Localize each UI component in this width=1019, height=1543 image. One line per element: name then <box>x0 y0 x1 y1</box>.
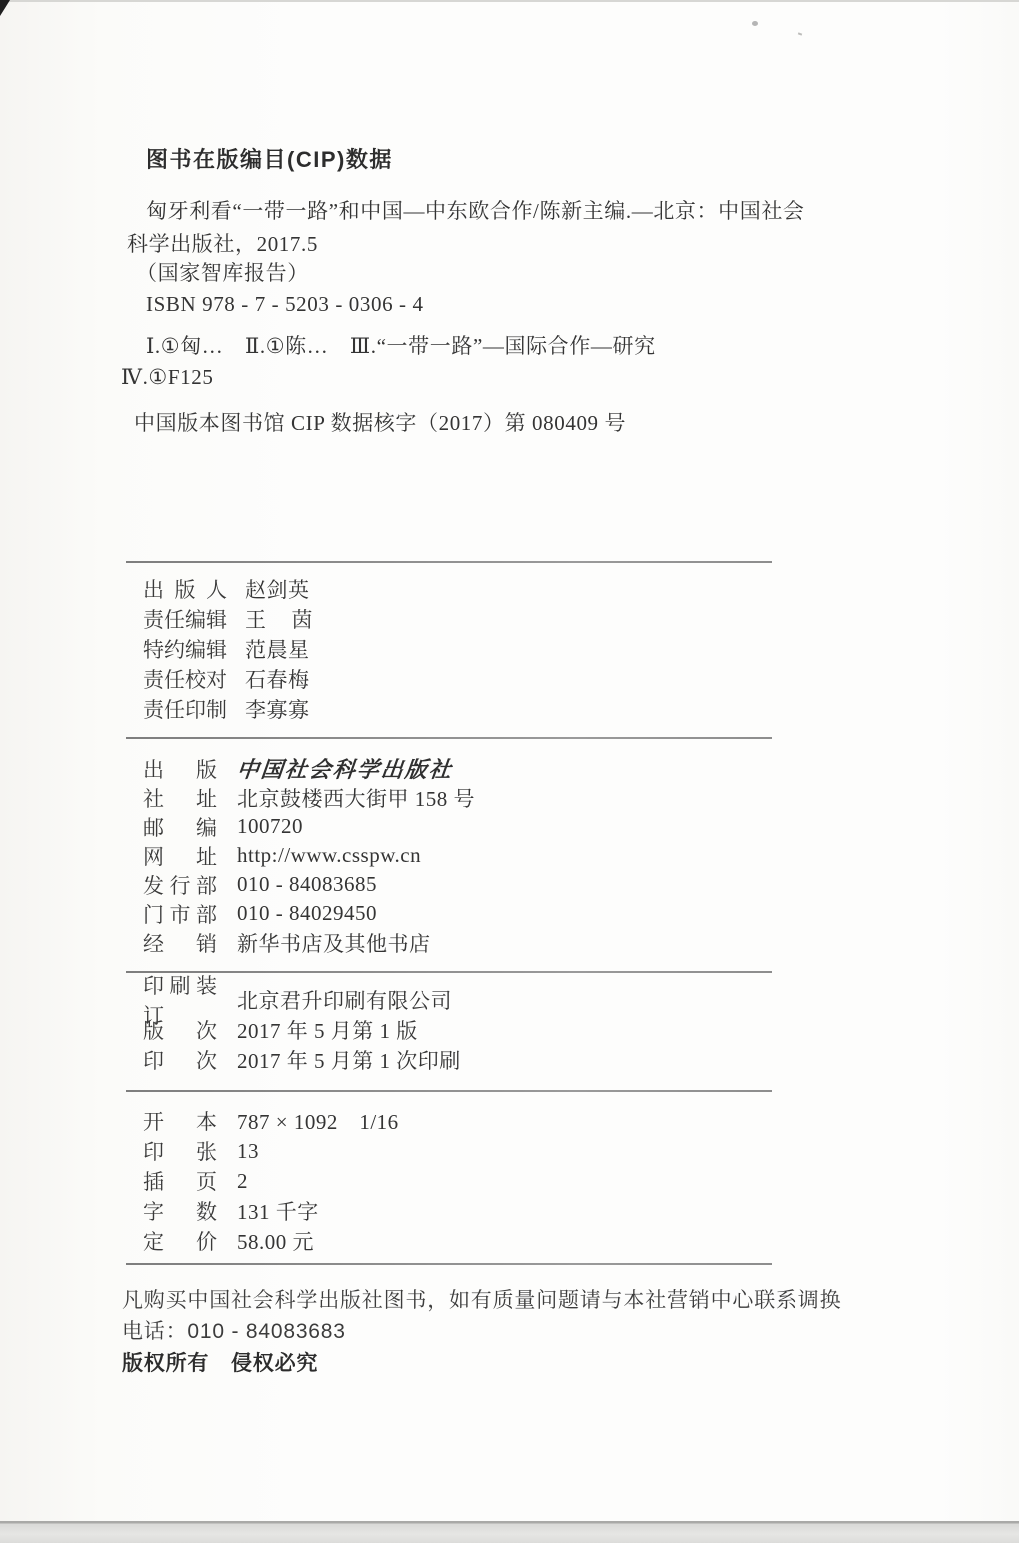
row-label: 门市部 <box>143 899 217 929</box>
divider-rule-5 <box>126 1263 772 1265</box>
row-value: 新华书店及其他书店 <box>237 928 431 958</box>
publishing-row-postcode: 邮编 100720 <box>126 812 772 841</box>
copyright-statement: 版权所有 侵权必究 <box>122 1347 318 1377</box>
row-label: 印张 <box>143 1136 217 1166</box>
publishing-row-distribution-dept: 发行部 010 - 84083685 <box>126 870 772 899</box>
row-value: 范晨星 <box>245 634 310 664</box>
row-value: 李寡寡 <box>245 694 310 724</box>
contact-phone: 电话：010 - 84083683 <box>122 1315 346 1345</box>
row-value: 北京君升印刷有限公司 <box>237 985 452 1015</box>
row-value: 赵剑英 <box>245 574 310 604</box>
printing-row-printer: 印刷装订 北京君升印刷有限公司 <box>126 985 772 1015</box>
cip-header: 图书在版编目(CIP)数据 <box>146 147 393 173</box>
staff-row-proofreader: 责任校对 石春梅 <box>126 664 772 694</box>
publishing-row-address: 社址 北京鼓楼西大街甲 158 号 <box>126 783 772 812</box>
row-value: 131 千字 <box>237 1196 319 1226</box>
format-row-price: 定价 58.00 元 <box>126 1226 772 1256</box>
scan-speck <box>752 21 758 26</box>
row-value: 787 × 1092 1/16 <box>237 1106 399 1136</box>
staff-row-special-editor: 特约编辑 范晨星 <box>126 634 772 664</box>
cip-isbn: ISBN 978 - 7 - 5203 - 0306 - 4 <box>146 291 424 317</box>
row-label: 责任校对 <box>143 664 227 694</box>
publishing-row-publisher: 出版 中国社会科学出版社 <box>126 754 772 783</box>
row-value: 13 <box>237 1139 259 1164</box>
staff-row-print-supervisor: 责任印制 李寡寡 <box>126 694 772 724</box>
row-value: 010 - 84029450 <box>237 901 377 926</box>
website-url: http://www.csspw.cn <box>237 843 421 868</box>
row-label: 定价 <box>143 1226 217 1256</box>
row-label: 网址 <box>143 841 217 871</box>
printing-row-edition: 版次 2017 年 5 月第 1 版 <box>126 1015 772 1045</box>
scanned-copyright-page: { "colors": { "paper": "#fdfdfc", "ink":… <box>0 0 1019 1543</box>
row-label: 插页 <box>143 1166 217 1196</box>
cip-series-note: （国家智库报告） <box>136 260 309 286</box>
format-row-word-count: 字数 131 千字 <box>126 1196 772 1226</box>
cip-record-number: 中国版本图书馆 CIP 数据核字（2017）第 080409 号 <box>134 410 626 436</box>
format-row-printed-sheets: 印张 13 <box>126 1136 772 1166</box>
row-label: 特约编辑 <box>143 634 227 664</box>
staff-row-editor: 责任编辑 王茵 <box>126 604 772 634</box>
format-block: 开本 787 × 1092 1/16 印张 13 插页 2 字数 131 千字 … <box>126 1090 772 1256</box>
row-label: 出版 <box>143 754 217 784</box>
row-value: 北京鼓楼西大街甲 158 号 <box>237 783 475 813</box>
row-value: 王茵 <box>245 604 313 634</box>
scan-top-edge <box>0 0 1019 2</box>
row-label: 责任编辑 <box>143 604 227 634</box>
row-label: 发行部 <box>143 870 217 900</box>
cip-entry-line1: 匈牙利看“一带一路”和中国—中东欧合作/陈新主编.—北京：中国社会 <box>146 198 805 224</box>
printing-row-impression: 印次 2017 年 5 月第 1 次印刷 <box>126 1045 772 1075</box>
publishing-block: 出版 中国社会科学出版社 社址 北京鼓楼西大街甲 158 号 邮编 100720… <box>126 737 772 957</box>
row-label: 印次 <box>143 1045 217 1075</box>
staff-row-publisher-person: 出版人 赵剑英 <box>126 574 772 604</box>
cip-classification-line2: Ⅳ.①F125 <box>121 364 213 390</box>
row-value: 010 - 84083685 <box>237 872 377 897</box>
cip-entry-line2: 科学出版社，2017.5 <box>127 231 318 257</box>
row-label: 开本 <box>143 1106 217 1136</box>
publishing-row-distributor: 经销 新华书店及其他书店 <box>126 928 772 957</box>
row-label: 社址 <box>143 783 217 813</box>
row-value: 2017 年 5 月第 1 版 <box>237 1015 418 1045</box>
row-value: 2 <box>237 1169 248 1194</box>
row-value: 2017 年 5 月第 1 次印刷 <box>237 1045 461 1075</box>
scan-bottom-band <box>0 1521 1019 1543</box>
row-label: 字数 <box>143 1196 217 1226</box>
cip-classification-line1: Ⅰ.①匈… Ⅱ.①陈… Ⅲ.“一带一路”—国际合作—研究 <box>146 333 656 359</box>
publishing-row-website: 网址 http://www.csspw.cn <box>126 841 772 870</box>
format-row-sheet-size: 开本 787 × 1092 1/16 <box>126 1106 772 1136</box>
format-row-inserts: 插页 2 <box>126 1166 772 1196</box>
publishing-row-retail-dept: 门市部 010 - 84029450 <box>126 899 772 928</box>
scan-corner-mark <box>0 0 10 16</box>
row-label: 经销 <box>143 928 217 958</box>
row-value: 58.00 元 <box>237 1226 314 1256</box>
printing-block: 印刷装订 北京君升印刷有限公司 版次 2017 年 5 月第 1 版 印次 20… <box>126 971 772 1075</box>
staff-block: 出版人 赵剑英 责任编辑 王茵 特约编辑 范晨星 责任校对 石春梅 责任印制 李… <box>126 561 772 724</box>
publisher-logotype: 中国社会科学出版社 <box>235 753 454 784</box>
row-value: 100720 <box>237 814 303 839</box>
scan-speck-small <box>798 32 802 35</box>
row-label: 邮编 <box>143 812 217 842</box>
row-label: 出版人 <box>143 574 227 604</box>
quality-notice: 凡购买中国社会科学出版社图书，如有质量问题请与本社营销中心联系调换 <box>122 1284 841 1314</box>
row-label: 责任印制 <box>143 694 227 724</box>
row-label: 版次 <box>143 1015 217 1045</box>
row-value: 石春梅 <box>245 664 310 694</box>
